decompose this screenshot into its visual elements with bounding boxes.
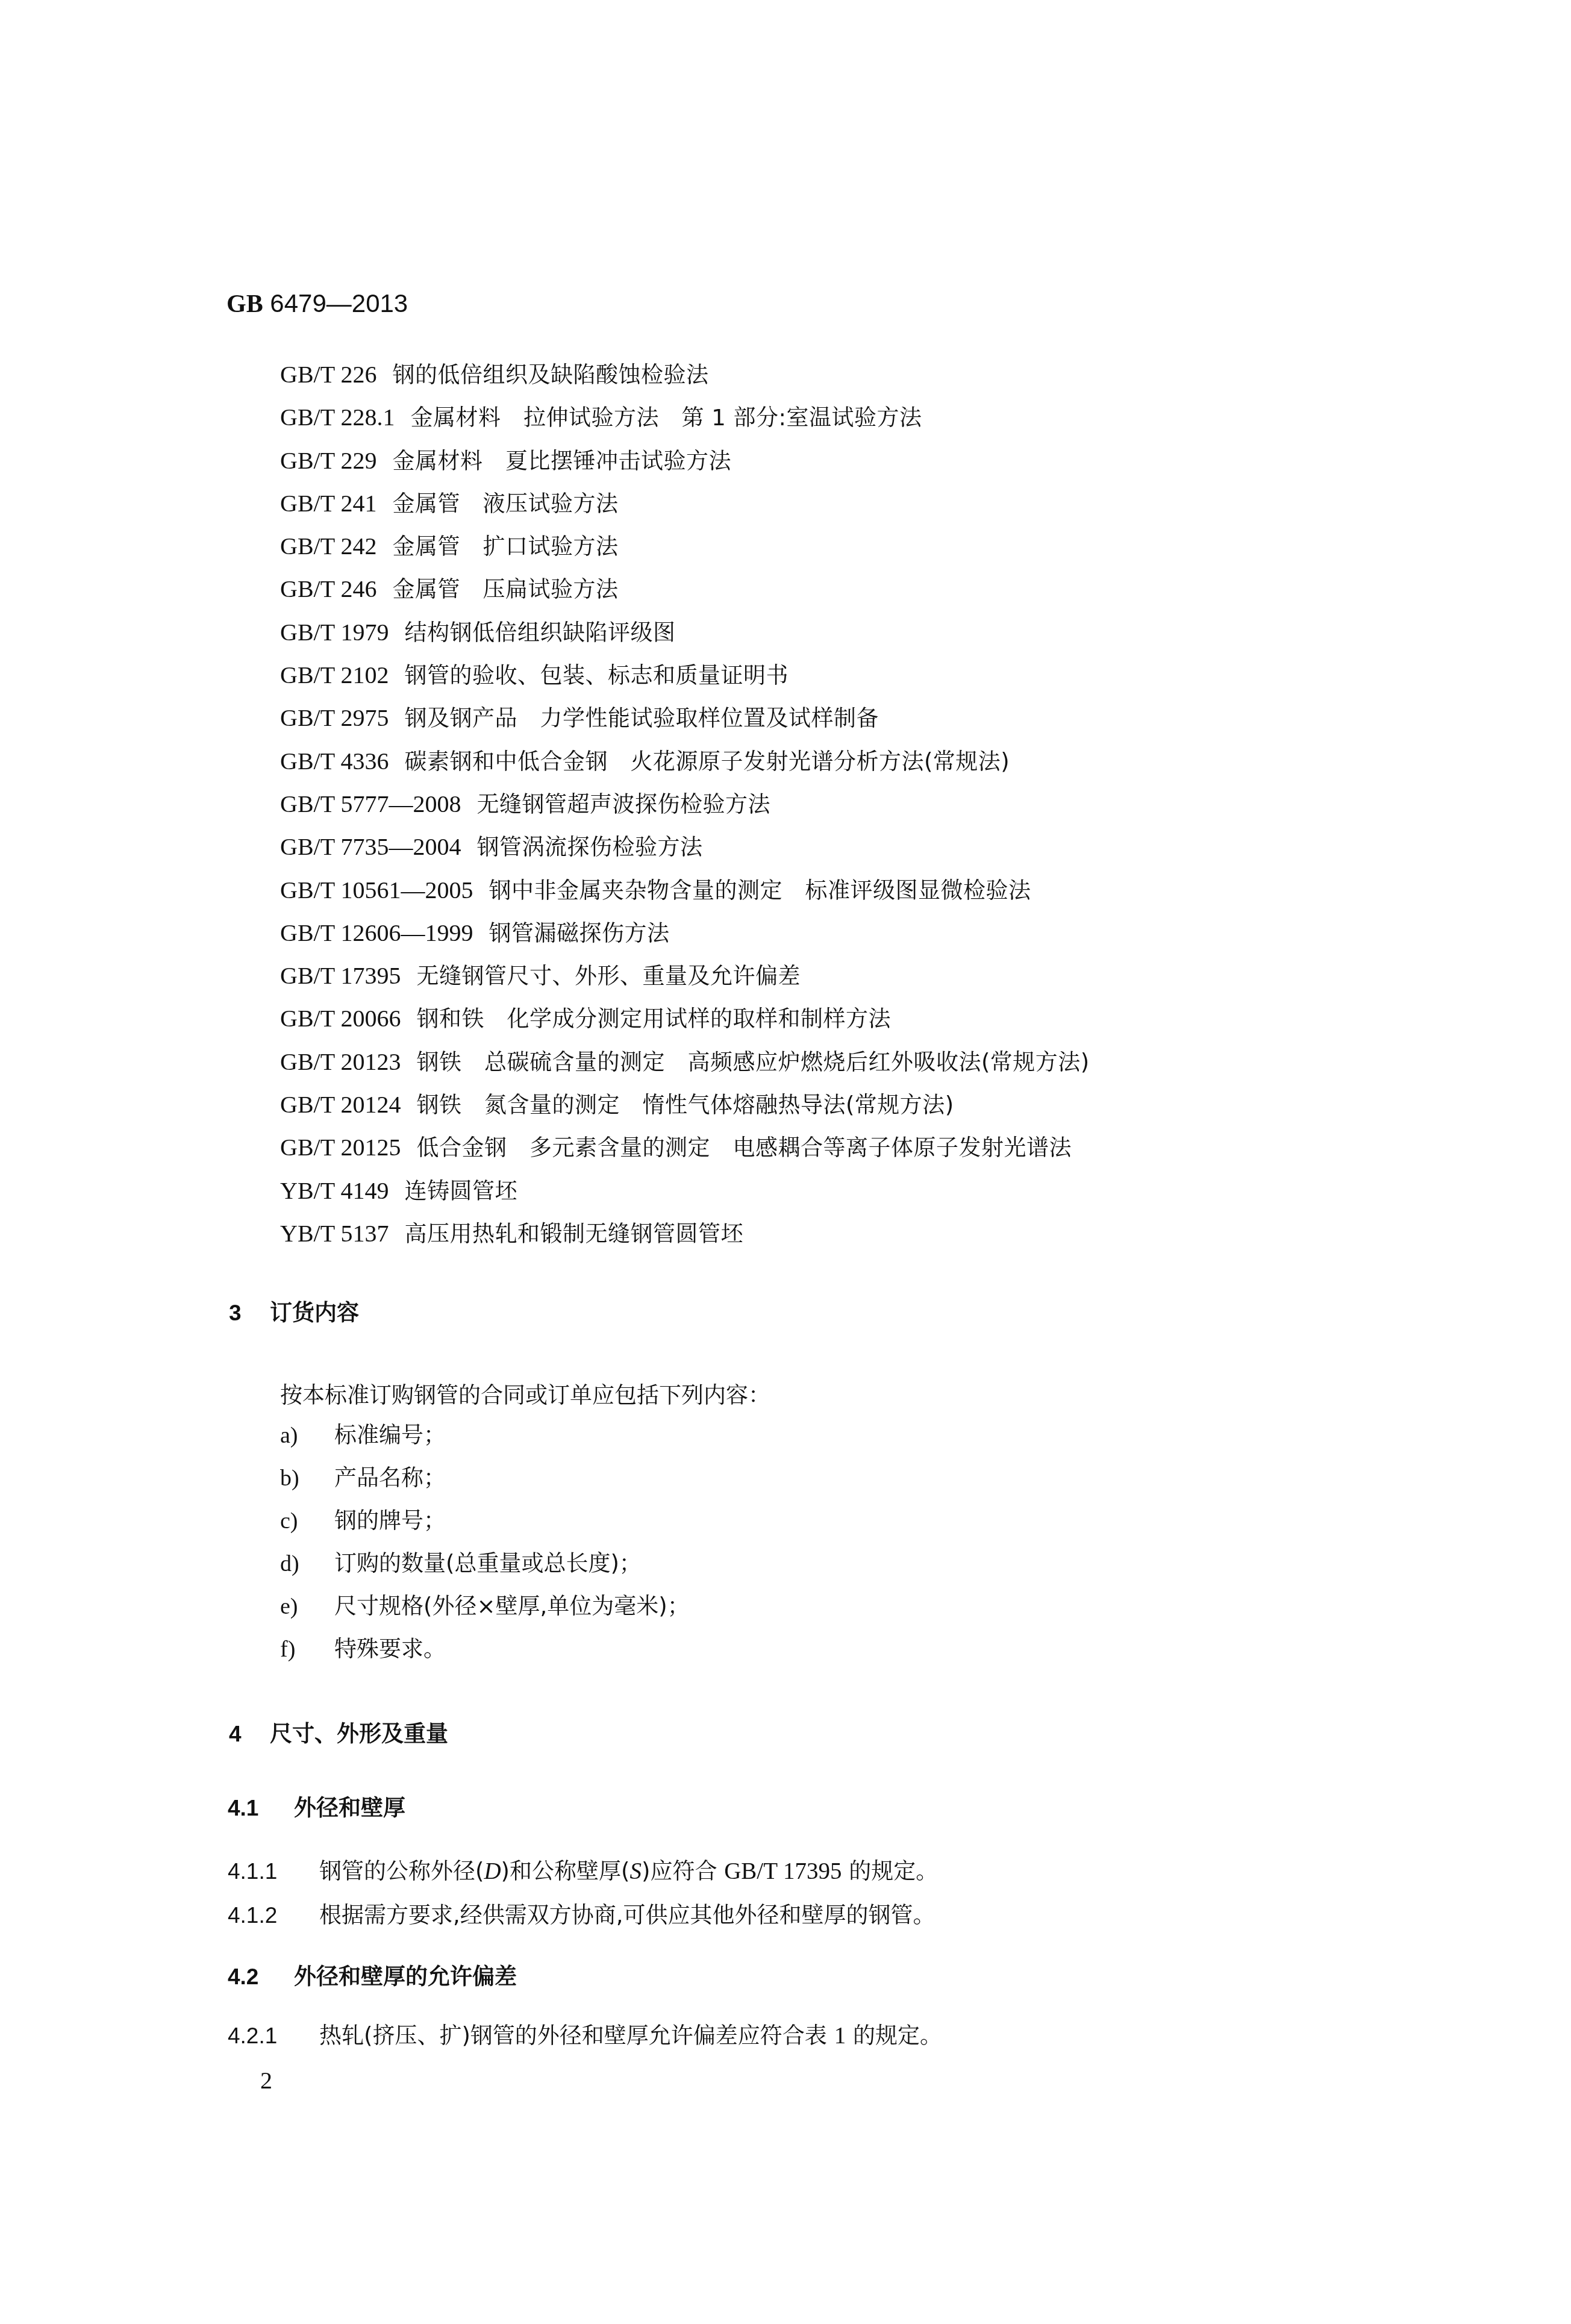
reference-item: GB/T 228.1金属材料 拉伸试验方法 第 1 部分:室温试验方法 (280, 402, 1090, 445)
section-title: 尺寸、外形及重量 (270, 1721, 448, 1747)
reference-item: YB/T 4149连铸圆管坯 (280, 1175, 1090, 1218)
reference-title: 钢铁 氮含量的测定 惰性气体熔融热导法(常规方法) (416, 1092, 954, 1118)
list-text: 尺寸规格(外径×壁厚,单位为毫米)； (334, 1593, 690, 1619)
clause-4-1-1: 4.1.1钢管的公称外径(D)和公称壁厚(S)应符合 GB/T 17395 的规… (228, 1857, 938, 1887)
reference-item: YB/T 5137高压用热轧和锻制无缝钢管圆管坯 (280, 1218, 1090, 1261)
reference-code: GB/T 17395 (280, 962, 401, 989)
reference-item: GB/T 20123钢铁 总碳硫含量的测定 高频感应炉燃烧后红外吸收法(常规方法… (280, 1046, 1090, 1089)
list-marker: a) (280, 1420, 334, 1451)
reference-title: 钢中非金属夹杂物含量的测定 标准评级图显微检验法 (489, 878, 1031, 904)
section-number: 3 (229, 1298, 270, 1328)
standard-reference: GB/T 17395 (724, 1858, 842, 1884)
reference-item: GB/T 2975钢及钢产品 力学性能试验取样位置及试样制备 (280, 702, 1090, 745)
subsection-4-2-heading: 4.2外径和壁厚的允许偏差 (228, 1962, 517, 1992)
list-marker: c) (280, 1506, 334, 1536)
clause-text: 根据需方要求,经供需双方协商,可供应其他外径和壁厚的钢管。 (319, 1902, 935, 1928)
reference-code: GB/T 241 (280, 490, 376, 517)
symbol-s: S (629, 1858, 642, 1884)
table-reference: 1 (834, 2023, 846, 2049)
clause-text-part: 的规定。 (842, 1858, 939, 1884)
order-content-list: a)标准编号； b)产品名称； c)钢的牌号； d)订购的数量(总重量或总长度)… (280, 1420, 690, 1678)
reference-code: GB/T 12606—1999 (280, 919, 473, 946)
list-text: 钢的牌号； (334, 1508, 446, 1534)
section-title: 订货内容 (270, 1300, 359, 1326)
reference-code: GB/T 20124 (280, 1091, 401, 1118)
reference-code: YB/T 5137 (280, 1220, 389, 1247)
reference-item: GB/T 4336碳素钢和中低合金钢 火花源原子发射光谱分析方法(常规法) (280, 746, 1090, 789)
reference-item: GB/T 2102钢管的验收、包装、标志和质量证明书 (280, 660, 1090, 702)
section-number: 4 (229, 1719, 270, 1749)
subsection-number: 4.2 (228, 1962, 294, 1992)
section-3-heading: 3订货内容 (229, 1298, 359, 1328)
list-text: 订购的数量(总重量或总长度)； (334, 1551, 642, 1576)
reference-code: GB/T 20125 (280, 1134, 401, 1161)
reference-title: 金属管 液压试验方法 (392, 491, 618, 517)
section-3-intro: 按本标准订购钢管的合同或订单应包括下列内容： (280, 1381, 770, 1411)
clause-number: 4.1.2 (228, 1901, 319, 1931)
reference-code: YB/T 4149 (280, 1177, 389, 1204)
clause-number: 4.2.1 (228, 2021, 319, 2051)
reference-title: 钢管的验收、包装、标志和质量证明书 (404, 663, 789, 689)
reference-item: GB/T 229金属材料 夏比摆锤冲击试验方法 (280, 445, 1090, 488)
clause-4-2-1: 4.2.1热轧(挤压、扩)钢管的外径和壁厚允许偏差应符合表 1 的规定。 (228, 2021, 942, 2051)
reference-item: GB/T 241金属管 液压试验方法 (280, 488, 1090, 531)
clause-4-1-2: 4.1.2根据需方要求,经供需双方协商,可供应其他外径和壁厚的钢管。 (228, 1901, 935, 1931)
order-list-item: a)标准编号； (280, 1420, 690, 1463)
list-marker: d) (280, 1549, 334, 1579)
clause-text-part: 热轧(挤压、扩)钢管的外径和壁厚允许偏差应符合表 (319, 2023, 834, 2049)
reference-item: GB/T 20066钢和铁 化学成分测定用试样的取样和制样方法 (280, 1003, 1090, 1046)
reference-item: GB/T 5777—2008无缝钢管超声波探伤检验方法 (280, 789, 1090, 831)
reference-item: GB/T 242金属管 扩口试验方法 (280, 531, 1090, 573)
reference-title: 金属材料 拉伸试验方法 第 1 部分:室温试验方法 (410, 405, 922, 431)
reference-code: GB/T 4336 (280, 748, 389, 775)
reference-item: GB/T 12606—1999钢管漏磁探伤方法 (280, 917, 1090, 960)
reference-title: 结构钢低倍组织缺陷评级图 (404, 620, 675, 646)
normative-references-list: GB/T 226钢的低倍组织及缺陷酸蚀检验法 GB/T 228.1金属材料 拉伸… (280, 359, 1090, 1261)
reference-title: 无缝钢管超声波探伤检验方法 (476, 792, 770, 817)
clause-text-part: 钢管的公称外径( (319, 1858, 484, 1884)
reference-title: 钢和铁 化学成分测定用试样的取样和制样方法 (416, 1006, 891, 1032)
reference-title: 连铸圆管坯 (404, 1178, 517, 1204)
reference-title: 金属材料 夏比摆锤冲击试验方法 (392, 448, 731, 474)
reference-title: 钢管漏磁探伤方法 (489, 920, 669, 946)
reference-code: GB/T 20123 (280, 1048, 401, 1075)
reference-item: GB/T 10561—2005钢中非金属夹杂物含量的测定 标准评级图显微检验法 (280, 875, 1090, 917)
reference-item: GB/T 20124钢铁 氮含量的测定 惰性气体熔融热导法(常规方法) (280, 1089, 1090, 1132)
reference-code: GB/T 1979 (280, 619, 389, 646)
reference-code: GB/T 5777—2008 (280, 790, 461, 817)
reference-title: 金属管 压扁试验方法 (392, 576, 618, 602)
reference-title: 金属管 扩口试验方法 (392, 534, 618, 560)
reference-title: 无缝钢管尺寸、外形、重量及允许偏差 (416, 963, 801, 989)
list-text: 产品名称； (334, 1465, 446, 1491)
order-list-item: c)钢的牌号； (280, 1506, 690, 1549)
reference-title: 碳素钢和中低合金钢 火花源原子发射光谱分析方法(常规法) (404, 749, 1010, 775)
reference-title: 钢铁 总碳硫含量的测定 高频感应炉燃烧后红外吸收法(常规方法) (416, 1049, 1089, 1075)
document-header: GB 6479—2013 (226, 288, 408, 320)
symbol-d: D (484, 1858, 501, 1884)
order-list-item: b)产品名称； (280, 1463, 690, 1506)
reference-item: GB/T 20125低合金钢 多元素含量的测定 电感耦合等离子体原子发射光谱法 (280, 1132, 1090, 1175)
reference-item: GB/T 1979结构钢低倍组织缺陷评级图 (280, 617, 1090, 660)
clause-number: 4.1.1 (228, 1857, 319, 1887)
reference-code: GB/T 228.1 (280, 404, 395, 431)
list-marker: e) (280, 1592, 334, 1622)
page-number: 2 (260, 2066, 272, 2095)
order-list-item: f)特殊要求。 (280, 1634, 690, 1677)
reference-title: 高压用热轧和锻制无缝钢管圆管坯 (404, 1221, 743, 1247)
subsection-4-1-heading: 4.1外径和壁厚 (228, 1793, 405, 1823)
reference-code: GB/T 246 (280, 575, 376, 602)
reference-code: GB/T 2975 (280, 704, 389, 731)
reference-code: GB/T 7735—2004 (280, 833, 461, 860)
clause-text-part: 的规定。 (846, 2023, 942, 2049)
reference-code: GB/T 226 (280, 361, 376, 388)
reference-code: GB/T 2102 (280, 661, 389, 689)
subsection-number: 4.1 (228, 1793, 294, 1823)
reference-item: GB/T 226钢的低倍组织及缺陷酸蚀检验法 (280, 359, 1090, 402)
list-marker: b) (280, 1463, 334, 1493)
reference-code: GB/T 10561—2005 (280, 876, 473, 904)
reference-title: 钢及钢产品 力学性能试验取样位置及试样制备 (404, 705, 879, 731)
reference-code: GB/T 242 (280, 533, 376, 560)
clause-text-part: )和公称壁厚( (501, 1858, 630, 1884)
reference-title: 钢的低倍组织及缺陷酸蚀检验法 (392, 362, 708, 388)
subsection-title: 外径和壁厚的允许偏差 (294, 1964, 517, 1990)
reference-title: 钢管涡流探伤检验方法 (476, 834, 702, 860)
clause-text-part: )应符合 (642, 1858, 724, 1884)
reference-code: GB/T 20066 (280, 1005, 401, 1032)
order-list-item: d)订购的数量(总重量或总长度)； (280, 1549, 690, 1592)
header-standard-prefix: GB (226, 290, 263, 318)
list-marker: f) (280, 1634, 334, 1664)
reference-item: GB/T 246金属管 压扁试验方法 (280, 573, 1090, 616)
reference-item: GB/T 7735—2004钢管涡流探伤检验方法 (280, 831, 1090, 874)
list-text: 特殊要求。 (334, 1636, 446, 1662)
subsection-title: 外径和壁厚 (294, 1795, 405, 1821)
list-text: 标准编号； (334, 1422, 446, 1448)
section-4-heading: 4尺寸、外形及重量 (229, 1719, 448, 1749)
reference-item: GB/T 17395无缝钢管尺寸、外形、重量及允许偏差 (280, 960, 1090, 1003)
reference-title: 低合金钢 多元素含量的测定 电感耦合等离子体原子发射光谱法 (416, 1135, 1072, 1161)
reference-code: GB/T 229 (280, 447, 376, 474)
order-list-item: e)尺寸规格(外径×壁厚,单位为毫米)； (280, 1592, 690, 1634)
header-standard-number: 6479—2013 (270, 289, 408, 317)
